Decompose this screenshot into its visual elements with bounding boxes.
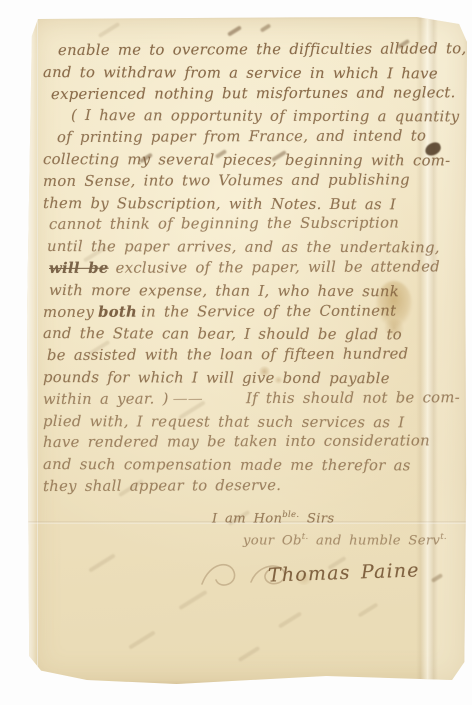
letter-photograph: enable me to overcome the difficulties a… <box>0 0 472 705</box>
valediction-superscript: t. <box>440 532 447 542</box>
letter-line: of printing paper from France, and inten… <box>57 125 451 149</box>
letter-line: have rendered may be taken into consider… <box>43 431 451 455</box>
manuscript-paper: enable me to overcome the difficulties a… <box>27 16 467 684</box>
closing-salutation: I am Honble. Sirs <box>212 504 451 526</box>
salutation-text: Sirs <box>299 511 334 526</box>
letter-line: experienced nothing but misfortunes and … <box>51 82 451 106</box>
letter-line: mon Sense, into two Volumes and publishi… <box>43 169 451 193</box>
letter-paragraphs: enable me to overcome the difficulties a… <box>41 40 451 498</box>
letter-line-text: within a year. ) <box>43 390 169 408</box>
salutation-superscript: ble. <box>282 510 299 520</box>
valediction-text: your Ob <box>243 533 302 548</box>
letter-line: enable me to overcome the difficulties a… <box>58 38 451 62</box>
paper-deckle-edge <box>27 16 38 684</box>
signature-thomas-paine: Thomas Paine <box>268 559 420 586</box>
emphasized-word: both <box>98 303 137 320</box>
letter-line-with-gap: within a year. )——If this should not be … <box>43 387 451 411</box>
letter-line: they shall appear to deserve. <box>43 474 451 498</box>
letter-line-text: exclusive of the paper, will be attended <box>116 258 440 276</box>
struck-out-word: will be <box>49 260 109 277</box>
letter-body: enable me to overcome the difficulties a… <box>41 40 451 594</box>
valediction-text: and humble Serv <box>308 533 440 548</box>
letter-line: be assisted with the loan of fifteen hun… <box>47 343 451 367</box>
letter-line-text: If this should not be com- <box>246 389 460 407</box>
salutation-text: I am Hon <box>212 511 282 526</box>
closing-valediction: your Obt. and humble Servt. <box>243 526 451 548</box>
letter-closing: I am Honble. Sirs your Obt. and humble S… <box>41 504 451 594</box>
dash-mark: —— <box>173 390 203 407</box>
letter-line-with-strikeout: will beexclusive of the paper, will be a… <box>49 256 451 280</box>
letter-line-text: money <box>43 303 94 320</box>
letter-line: cannot think of beginning the Subscripti… <box>49 213 451 237</box>
letter-line-with-emphasis: moneybothin the Service of the Continent <box>43 300 451 324</box>
signature-row: Thomas Paine <box>41 560 451 594</box>
letter-line-text: in the Service of the Continent <box>141 302 396 320</box>
